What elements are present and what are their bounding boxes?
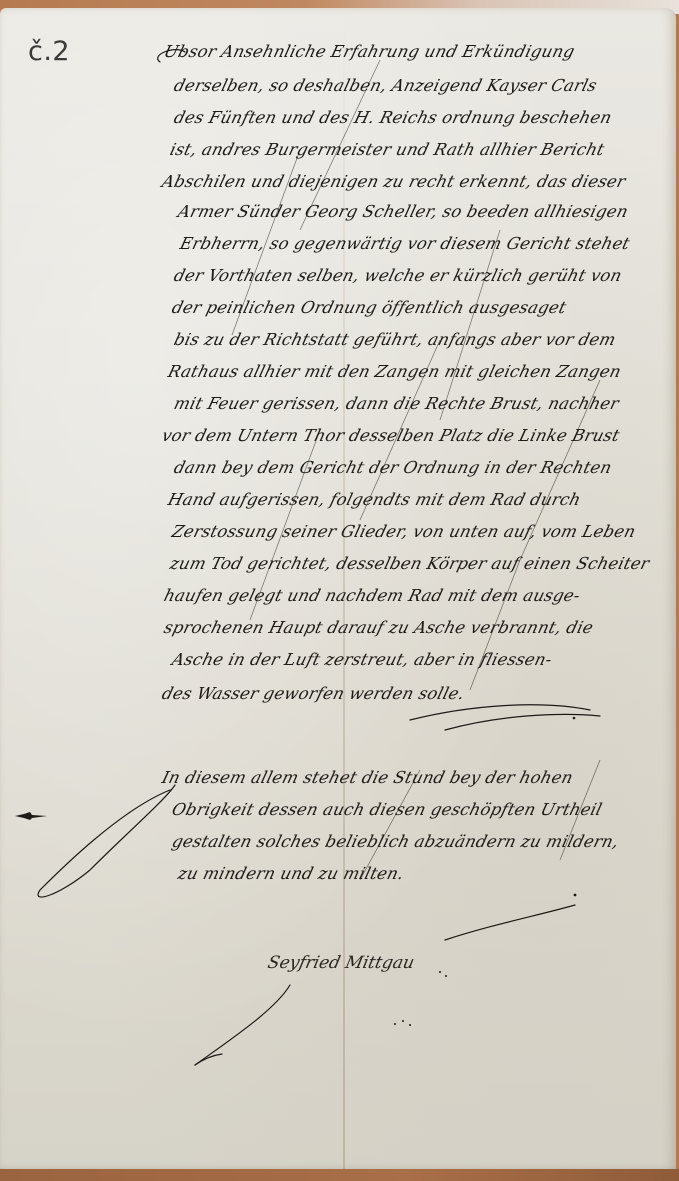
manuscript-line: gestalten solches belieblich abzuändern … xyxy=(170,832,621,851)
manuscript-line: Obrigkeit dessen auch diesen geschöpften… xyxy=(170,800,604,819)
manuscript-line: zu mindern und zu milten. xyxy=(176,864,406,883)
page-number-label: č.2 xyxy=(28,36,70,67)
manuscript-line: Abschilen und diejenigen zu recht erkenn… xyxy=(160,172,670,191)
manuscript-line: In diesem allem stehet die Stund bey der… xyxy=(160,768,575,787)
manuscript-line: ist, andres Burgermeister und Rath allhi… xyxy=(168,140,673,159)
manuscript-line: dann bey dem Gericht der Ordnung in der … xyxy=(172,458,667,477)
manuscript-line: Rathaus allhier mit den Zangen mit gleic… xyxy=(166,362,671,381)
manuscript-line: haufen gelegt und nachdem Rad mit dem au… xyxy=(162,586,672,605)
manuscript-line: derselben, so deshalben, Anzeigend Kayse… xyxy=(172,76,672,95)
manuscript-line: des Wasser geworfen werden solle. xyxy=(160,684,525,703)
manuscript-line: Zerstossung seiner Glieder, von unten au… xyxy=(170,522,670,541)
manuscript-line: Hand aufgerissen, folgendts mit dem Rad … xyxy=(166,490,671,509)
manuscript-line: bis zu der Richtstatt geführt, anfangs a… xyxy=(172,330,672,349)
manuscript-line: der Vorthaten selben, welche er kürzlich… xyxy=(172,266,672,285)
signature: Seyfried Mittgau xyxy=(266,953,416,973)
manuscript-line: der peinlichen Ordnung öffentlich ausges… xyxy=(170,298,665,317)
marginal-arrow-icon xyxy=(14,812,48,820)
manuscript-line: Asche in der Luft zerstreut, aber in fli… xyxy=(170,650,665,669)
manuscript-line: mit Feuer gerissen, dann die Rechte Brus… xyxy=(172,394,672,413)
manuscript-line: des Fünften und des H. Reichs ordnung be… xyxy=(172,108,672,127)
wood-background-bottom xyxy=(0,1169,679,1181)
manuscript-line: Ubsor Ansehnliche Erfahrung und Erkündig… xyxy=(162,42,672,61)
manuscript-line: sprochenen Haupt darauf zu Asche verbran… xyxy=(162,618,667,637)
manuscript-line: zum Tod gerichtet, desselben Körper auf … xyxy=(168,554,673,573)
manuscript-line: vor dem Untern Thor desselben Platz die … xyxy=(160,426,670,445)
manuscript-line: Erbherrn, so gegenwärtig vor diesem Geri… xyxy=(178,234,673,253)
manuscript-line: Armer Sünder Georg Scheller, so beeden a… xyxy=(176,202,671,221)
